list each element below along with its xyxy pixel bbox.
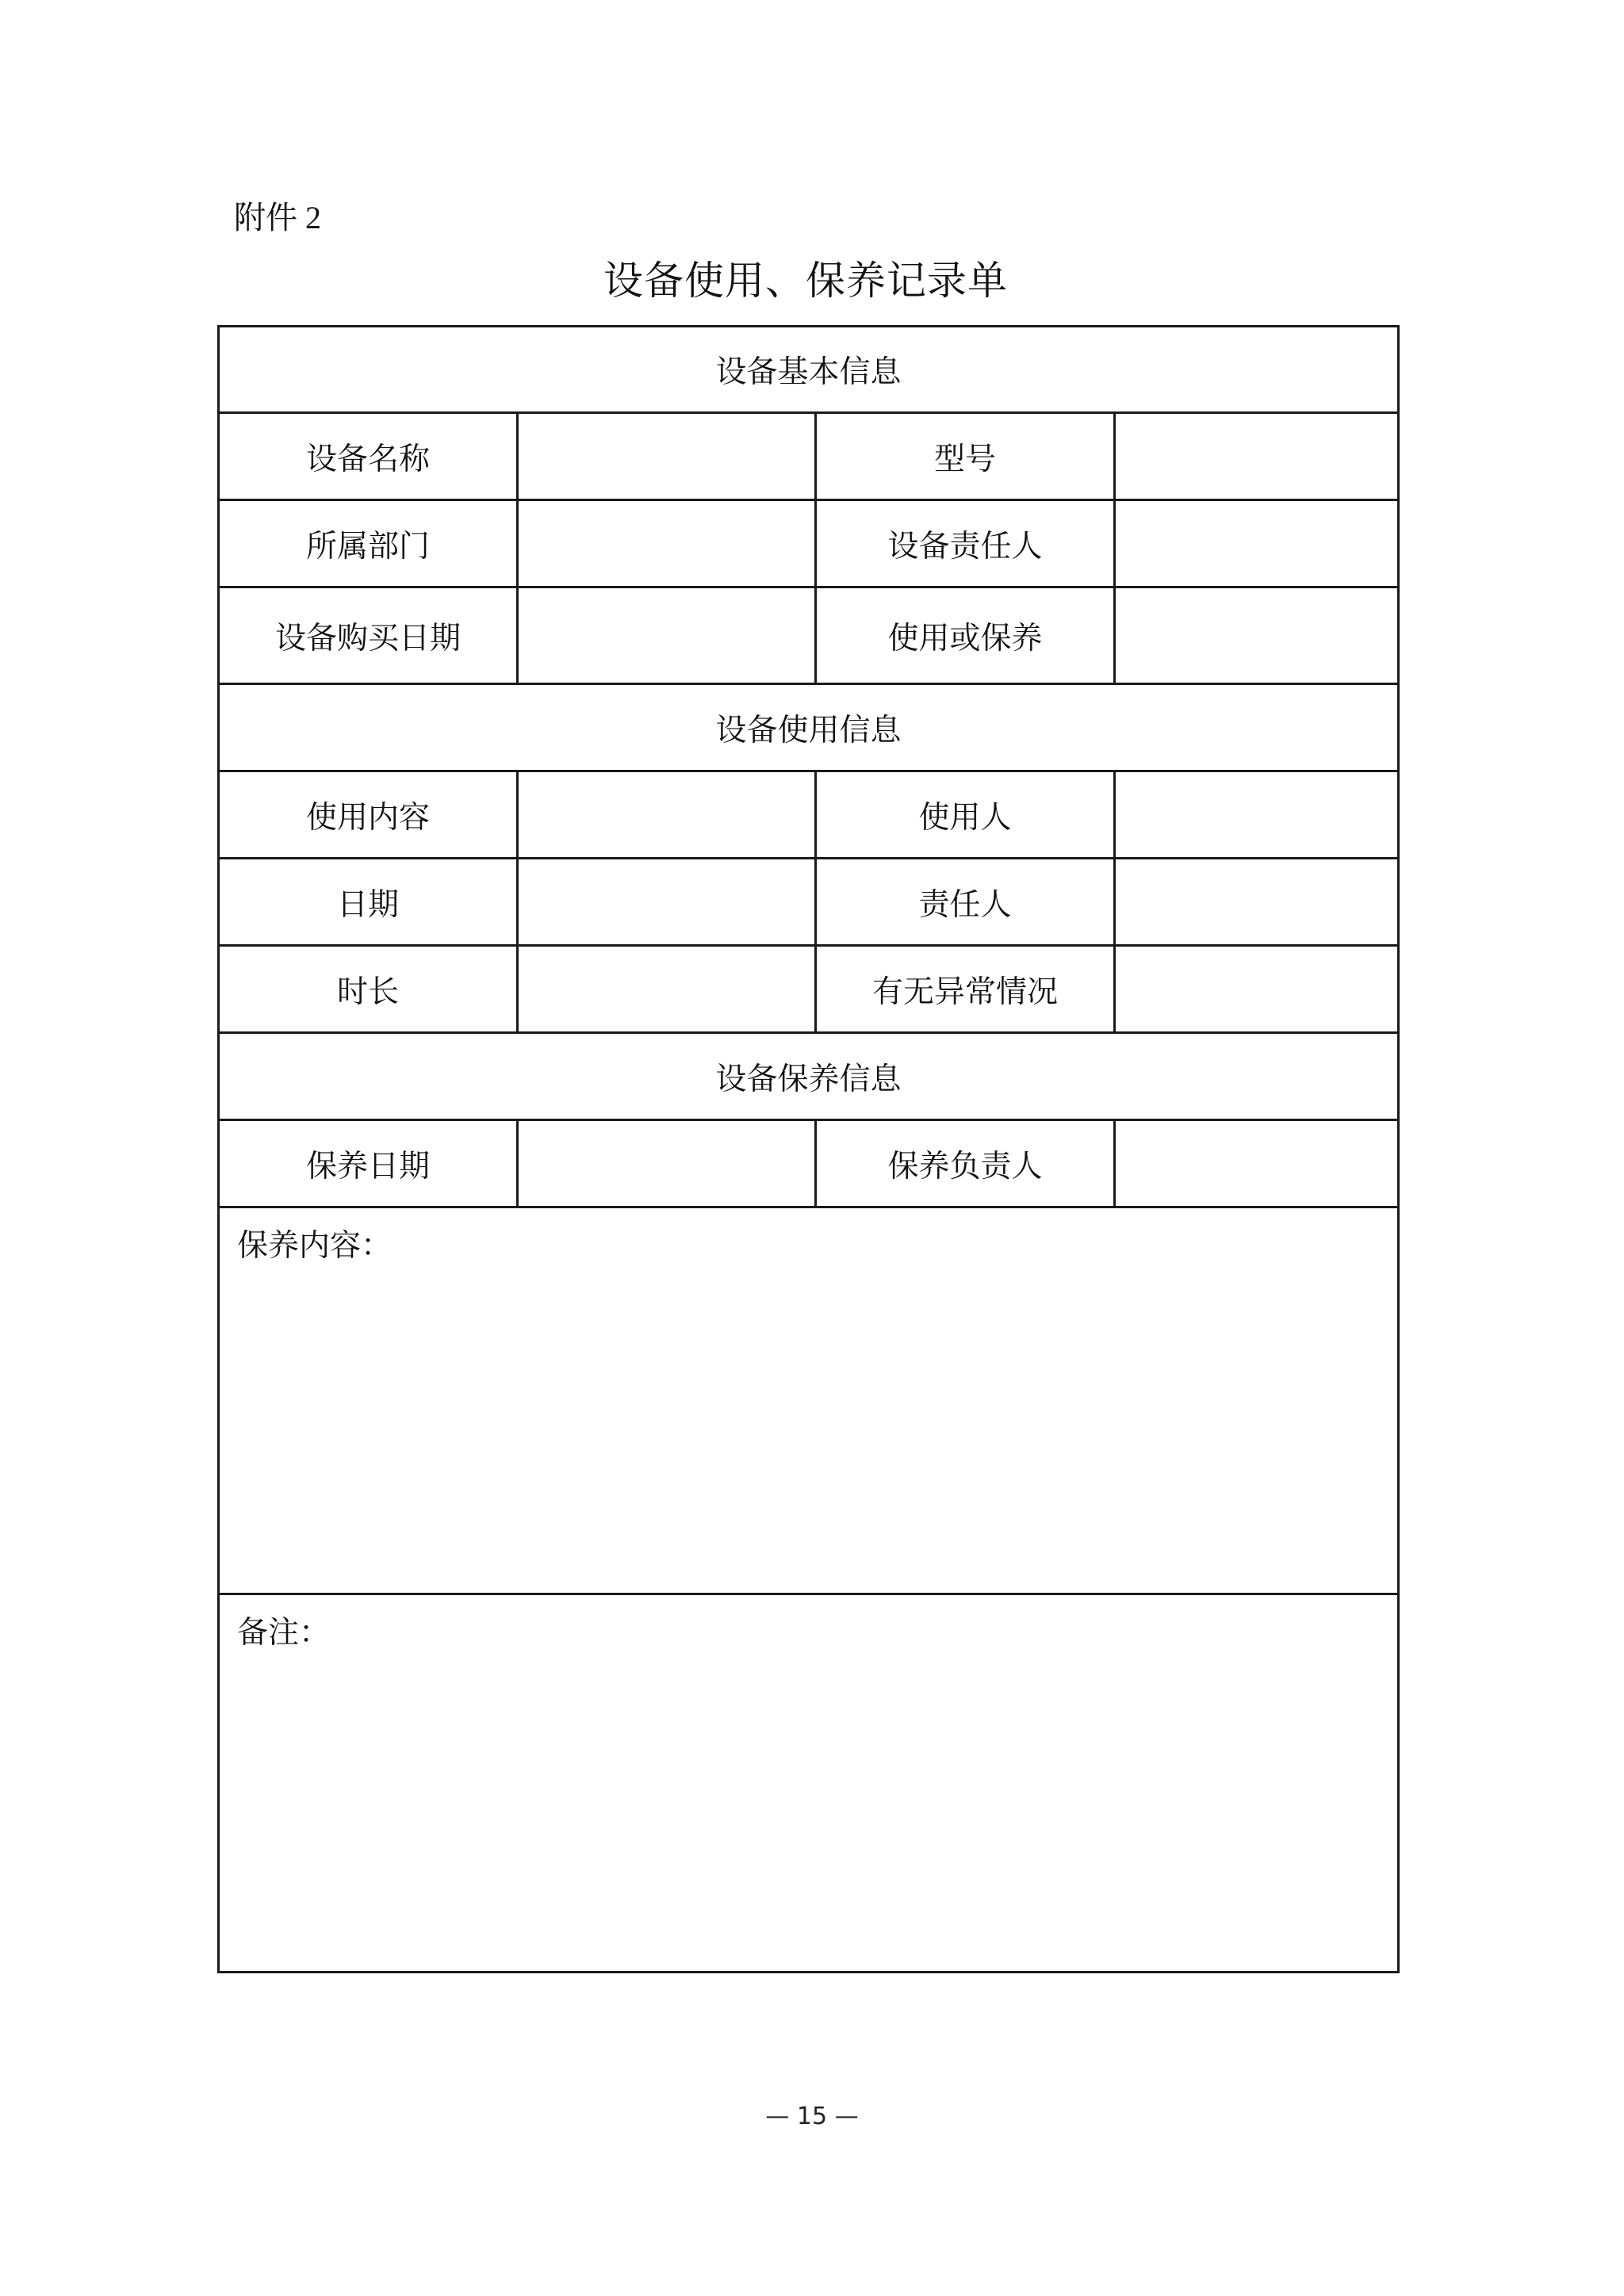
section-heading: 设备保养信息 bbox=[219, 1033, 1399, 1120]
duration-field[interactable] bbox=[518, 946, 816, 1033]
section-heading: 设备基本信息 bbox=[219, 327, 1399, 413]
maintenance-content-row: 保养内容： bbox=[219, 1207, 1399, 1594]
remarks-area[interactable]: 备注： bbox=[219, 1594, 1399, 1973]
field-label: 时长 bbox=[219, 946, 518, 1033]
field-label: 所属部门 bbox=[219, 500, 518, 587]
record-form-table: 设备基本信息 设备名称 型号 所属部门 设备责任人 设备购买日期 使用或保养 设… bbox=[217, 325, 1400, 1973]
field-label: 使用内容 bbox=[219, 771, 518, 859]
maintenance-content-label: 保养内容： bbox=[237, 1228, 392, 1264]
table-row: 保养日期 保养负责人 bbox=[219, 1120, 1399, 1207]
responsible-person-field[interactable] bbox=[1115, 859, 1399, 946]
table-row: 所属部门 设备责任人 bbox=[219, 500, 1399, 587]
field-label: 设备购买日期 bbox=[219, 587, 518, 684]
model-field[interactable] bbox=[1115, 413, 1399, 500]
table-row: 使用内容 使用人 bbox=[219, 771, 1399, 859]
usage-date-field[interactable] bbox=[518, 859, 816, 946]
table-row: 设备名称 型号 bbox=[219, 413, 1399, 500]
field-label: 使用人 bbox=[816, 771, 1115, 859]
field-label: 设备责任人 bbox=[816, 500, 1115, 587]
remarks-row: 备注： bbox=[219, 1594, 1399, 1973]
field-label: 设备名称 bbox=[219, 413, 518, 500]
maintenance-content-area[interactable]: 保养内容： bbox=[219, 1207, 1399, 1594]
field-label: 日期 bbox=[219, 859, 518, 946]
purchase-date-field[interactable] bbox=[518, 587, 816, 684]
section-header-maintenance-info: 设备保养信息 bbox=[219, 1033, 1399, 1120]
field-label: 有无异常情况 bbox=[816, 946, 1115, 1033]
anomaly-field[interactable] bbox=[1115, 946, 1399, 1033]
field-label: 使用或保养 bbox=[816, 587, 1115, 684]
table-row: 日期 责任人 bbox=[219, 859, 1399, 946]
attachment-label: 附件 2 bbox=[234, 200, 321, 236]
section-heading: 设备使用信息 bbox=[219, 684, 1399, 771]
field-label: 型号 bbox=[816, 413, 1115, 500]
equipment-name-field[interactable] bbox=[518, 413, 816, 500]
department-field[interactable] bbox=[518, 500, 816, 587]
maintenance-owner-field[interactable] bbox=[1115, 1120, 1399, 1207]
table-row: 时长 有无异常情况 bbox=[219, 946, 1399, 1033]
section-header-usage-info: 设备使用信息 bbox=[219, 684, 1399, 771]
equipment-owner-field[interactable] bbox=[1115, 500, 1399, 587]
usage-content-field[interactable] bbox=[518, 771, 816, 859]
remarks-label: 备注： bbox=[237, 1615, 330, 1651]
page-title-text: 设备使用、保养记录单 bbox=[603, 255, 1008, 306]
user-field[interactable] bbox=[1115, 771, 1399, 859]
page-number: — 15 — bbox=[0, 2101, 1624, 2133]
field-label: 保养日期 bbox=[219, 1120, 518, 1207]
use-or-maintenance-field[interactable] bbox=[1115, 587, 1399, 684]
table-row: 设备购买日期 使用或保养 bbox=[219, 587, 1399, 684]
field-label: 责任人 bbox=[816, 859, 1115, 946]
maintenance-date-field[interactable] bbox=[518, 1120, 816, 1207]
page-title: 设备使用、保养记录单 bbox=[0, 255, 1624, 306]
field-label: 保养负责人 bbox=[816, 1120, 1115, 1207]
section-header-basic-info: 设备基本信息 bbox=[219, 327, 1399, 413]
